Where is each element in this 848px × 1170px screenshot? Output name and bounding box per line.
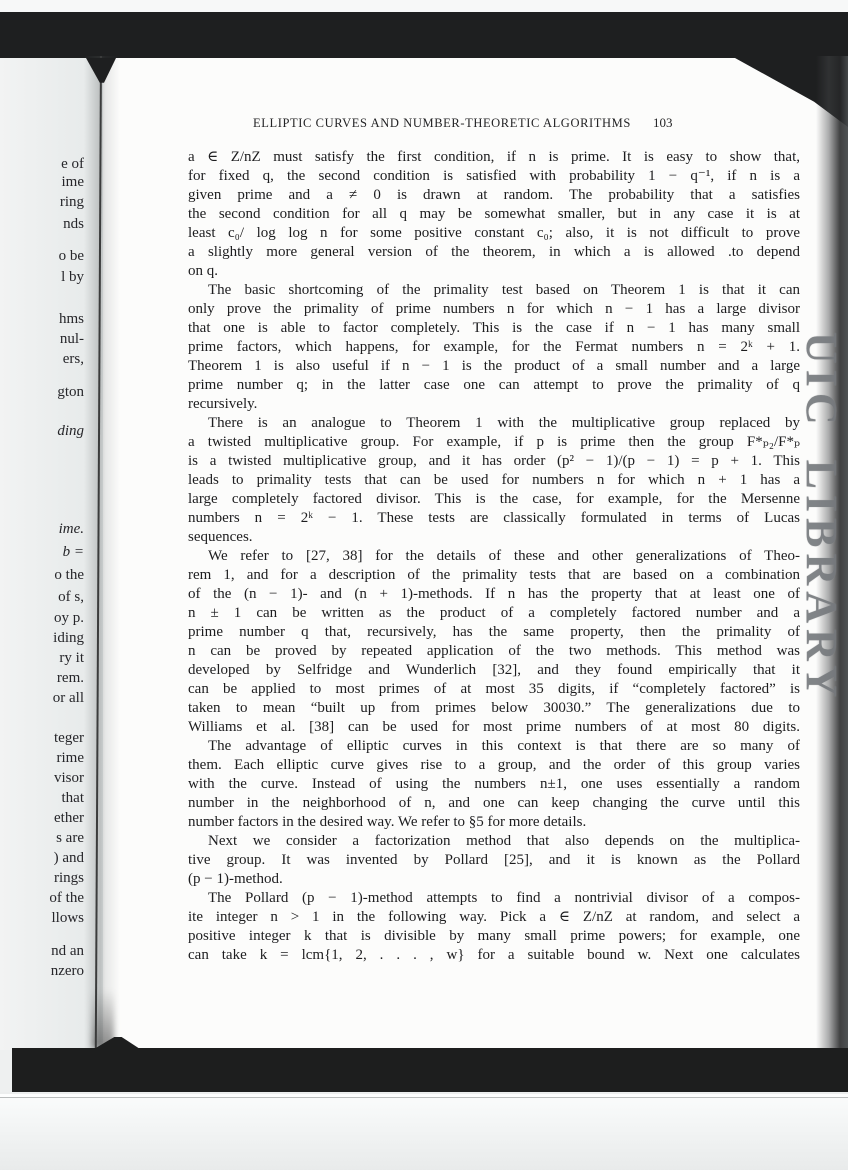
facing-page-text-fragment: s are (56, 829, 84, 848)
body-line: for fixed q, the second condition is sat… (188, 167, 800, 186)
facing-page-text-fragment: ) and (54, 849, 84, 868)
facing-page-text-fragment: rime (57, 749, 85, 768)
scanned-book-page: ELLIPTIC CURVES AND NUMBER-THEORETIC ALG… (0, 0, 848, 1170)
facing-page-text-fragment: nd an (51, 942, 84, 961)
body-line: least c₀/ log log n for some positive co… (188, 224, 800, 243)
body-line: a twisted multiplicative group. For exam… (188, 433, 800, 452)
facing-page-text-fragment: gton (57, 383, 84, 402)
body-line: leads to primality tests that can be use… (188, 471, 800, 490)
body-line: taken to mean “built up from primes belo… (188, 699, 800, 718)
facing-page-text-fragment: ring (60, 193, 84, 212)
body-line: Williams et al. [38] can be used for mos… (188, 718, 800, 737)
facing-page-text-fragment: hms (59, 310, 84, 329)
facing-page-text-fragment: b = (63, 543, 84, 562)
body-line: There is an analogue to Theorem 1 with t… (188, 414, 800, 433)
body-line: only prove the primality of prime number… (188, 300, 800, 319)
body-line: developed by Selfridge and Wunderlich [3… (188, 661, 800, 680)
body-line: n can be proved by repeated application … (188, 642, 800, 661)
body-line: numbers n = 2ᵏ − 1. These tests are clas… (188, 509, 800, 528)
facing-page-text-fragment: ers, (63, 350, 84, 369)
body-line: positive integer k that is divisible by … (188, 927, 800, 946)
body-line: Next we consider a factorization method … (188, 832, 800, 851)
facing-page-text-fragment: visor (54, 769, 84, 788)
body-line: recursively. (188, 395, 800, 414)
body-line: of the (n − 1)- and (n + 1)-methods. If … (188, 585, 800, 604)
body-line: a ∈ Z/nZ must satisfy the first conditio… (188, 148, 800, 167)
body-line: that one is able to factor completely. T… (188, 319, 800, 338)
scanner-bed-strip (0, 1092, 848, 1170)
facing-page-text-fragment: or all (53, 689, 84, 708)
body-line: on q. (188, 262, 800, 281)
body-line: them. Each elliptic curve gives rise to … (188, 756, 800, 775)
body-line: The Pollard (p − 1)-method attempts to f… (188, 889, 800, 908)
library-stamp: UIC LIBRARY (796, 332, 847, 703)
body-line: given prime and a ≠ 0 is drawn at random… (188, 186, 800, 205)
scan-top-margin (0, 0, 848, 12)
running-head-title: ELLIPTIC CURVES AND NUMBER-THEORETIC ALG… (253, 116, 631, 131)
body-line: is a twisted multiplicative group, and i… (188, 452, 800, 471)
facing-page-text-fragment: o the (54, 566, 84, 585)
body-line: number in the neighborhood of n, and one… (188, 794, 800, 813)
body-line: We refer to [27, 38] for the details of … (188, 547, 800, 566)
body-line: The basic shortcoming of the primality t… (188, 281, 800, 300)
facing-page-text-fragment: ime. (59, 520, 84, 539)
facing-page-text-fragment: rem. (57, 669, 84, 688)
body-line: large completely factored divisor. This … (188, 490, 800, 509)
facing-page-text-fragment: ding (57, 422, 84, 441)
facing-page-text-fragment: ry it (59, 649, 84, 668)
body-line: prime factors, which happens, for exampl… (188, 338, 800, 357)
body-line: tive group. It was invented by Pollard [… (188, 851, 800, 870)
facing-page-text-fragment: of s, (58, 588, 84, 607)
body-line: rem 1, and for a description of the prim… (188, 566, 800, 585)
body-line: number factors in the desired way. We re… (188, 813, 800, 832)
book-gutter-shadow (84, 56, 120, 1050)
body-line: the second condition for all q may be so… (188, 205, 800, 224)
facing-page-text-fragment: nds (63, 215, 84, 234)
body-text: a ∈ Z/nZ must satisfy the first conditio… (188, 148, 800, 965)
facing-page-text-fragment: ime (62, 173, 85, 192)
facing-page-text-fragment: ether (54, 809, 84, 828)
facing-page-text-fragment: teger (54, 729, 84, 748)
body-line: n ± 1 can be written as the product of a… (188, 604, 800, 623)
body-line: ite integer n > 1 in the following way. … (188, 908, 800, 927)
facing-page-text-fragment: rings (54, 869, 84, 888)
body-line: The advantage of elliptic curves in this… (188, 737, 800, 756)
facing-page-text-fragment: that (62, 789, 85, 808)
facing-page-text-fragment: llows (51, 909, 84, 928)
facing-page-text-fragment: e of (61, 155, 84, 174)
facing-page-text-fragment: of the (49, 889, 84, 908)
body-line: prime number q that, recursively, has th… (188, 623, 800, 642)
body-line: can be applied to most primes of at most… (188, 680, 800, 699)
facing-page-text-fragment: nul- (60, 330, 84, 349)
body-line: can take k = lcm{1, 2, . . . , w} for a … (188, 946, 800, 965)
body-line: Theorem 1 is also useful if n − 1 is the… (188, 357, 800, 376)
facing-page-fragments: e ofimeringndso bel byhmsnul-ers,gtondin… (0, 0, 88, 1050)
scan-black-border-top (0, 12, 848, 58)
body-line: (p − 1)-method. (188, 870, 800, 889)
body-line: sequences. (188, 528, 800, 547)
page-number: 103 (653, 115, 673, 131)
body-line: a slightly more general version of the t… (188, 243, 800, 262)
body-line: with the curve. Instead of using the num… (188, 775, 800, 794)
facing-page-text-fragment: l by (61, 268, 84, 287)
scan-black-border-bottom (12, 1048, 848, 1092)
facing-page-text-fragment: nzero (51, 962, 84, 981)
body-line: prime number q; in the latter case one c… (188, 376, 800, 395)
facing-page-text-fragment: oy p. (54, 609, 84, 628)
facing-page-text-fragment: iding (53, 629, 84, 648)
facing-page-text-fragment: o be (59, 247, 84, 266)
